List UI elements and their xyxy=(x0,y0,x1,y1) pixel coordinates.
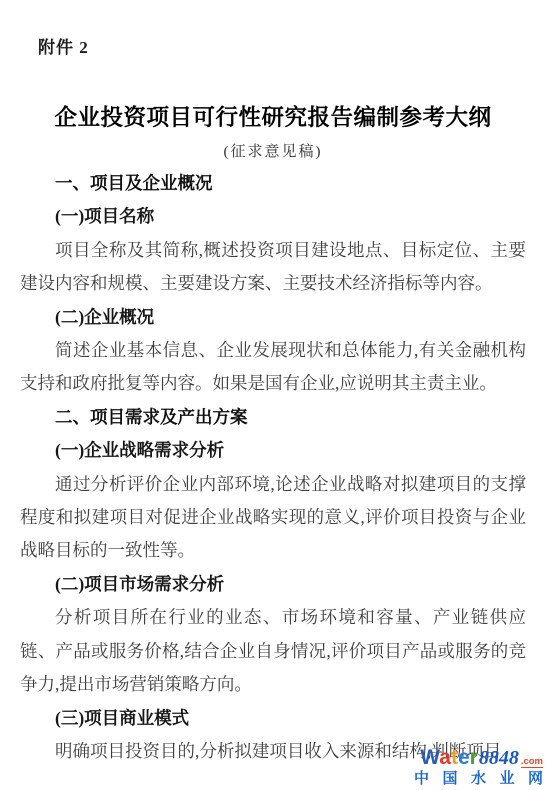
watermark-url-line: Water 8848 .com xyxy=(414,747,543,769)
paragraph-1-1: 项目全称及其简称,概述投资项目建设地点、目标定位、主要建设内容和规模、主要建设方… xyxy=(20,234,526,301)
section-heading-1: 一、项目及企业概况 xyxy=(20,167,526,200)
watermark-tld: .com xyxy=(521,757,543,769)
watermark-logo: Water 8848 .com 中国水业网 xyxy=(414,747,543,787)
subsection-heading-1-1: (一)项目名称 xyxy=(20,200,526,233)
paragraph-1-2: 简述企业基本信息、企业发展现状和总体能力,有关金融机构支持和政府批复等内容。如果… xyxy=(20,334,526,401)
document-page: 附件 2 企业投资项目可行性研究报告编制参考大纲 (征求意见稿) 一、项目及企业… xyxy=(0,0,546,790)
watermark-water-text: Water xyxy=(420,747,478,768)
document-body: 一、项目及企业概况 (一)项目名称 项目全称及其简称,概述投资项目建设地点、目标… xyxy=(20,167,526,768)
attachment-label: 附件 2 xyxy=(38,33,89,58)
document-title: 企业投资项目可行性研究报告编制参考大纲 xyxy=(0,100,546,132)
subsection-heading-2-3: (三)项目商业模式 xyxy=(20,702,526,735)
paragraph-2-1: 通过分析评价企业内部环境,论述企业战略对拟建项目的支撑程度和拟建项目对促进企业战… xyxy=(20,468,526,568)
subsection-heading-2-1: (一)企业战略需求分析 xyxy=(20,434,526,467)
watermark-site-name: 中国水业网 xyxy=(414,771,546,786)
section-heading-2: 二、项目需求及产出方案 xyxy=(20,401,526,434)
watermark-number: 8848 xyxy=(479,748,519,768)
paragraph-2-2: 分析项目所在行业的业态、市场环境和容量、产业链供应链、产品或服务价格,结合企业自… xyxy=(20,601,526,701)
document-subtitle: (征求意见稿) xyxy=(0,140,546,161)
subsection-heading-2-2: (二)项目市场需求分析 xyxy=(20,568,526,601)
subsection-heading-1-2: (二)企业概况 xyxy=(20,301,526,334)
